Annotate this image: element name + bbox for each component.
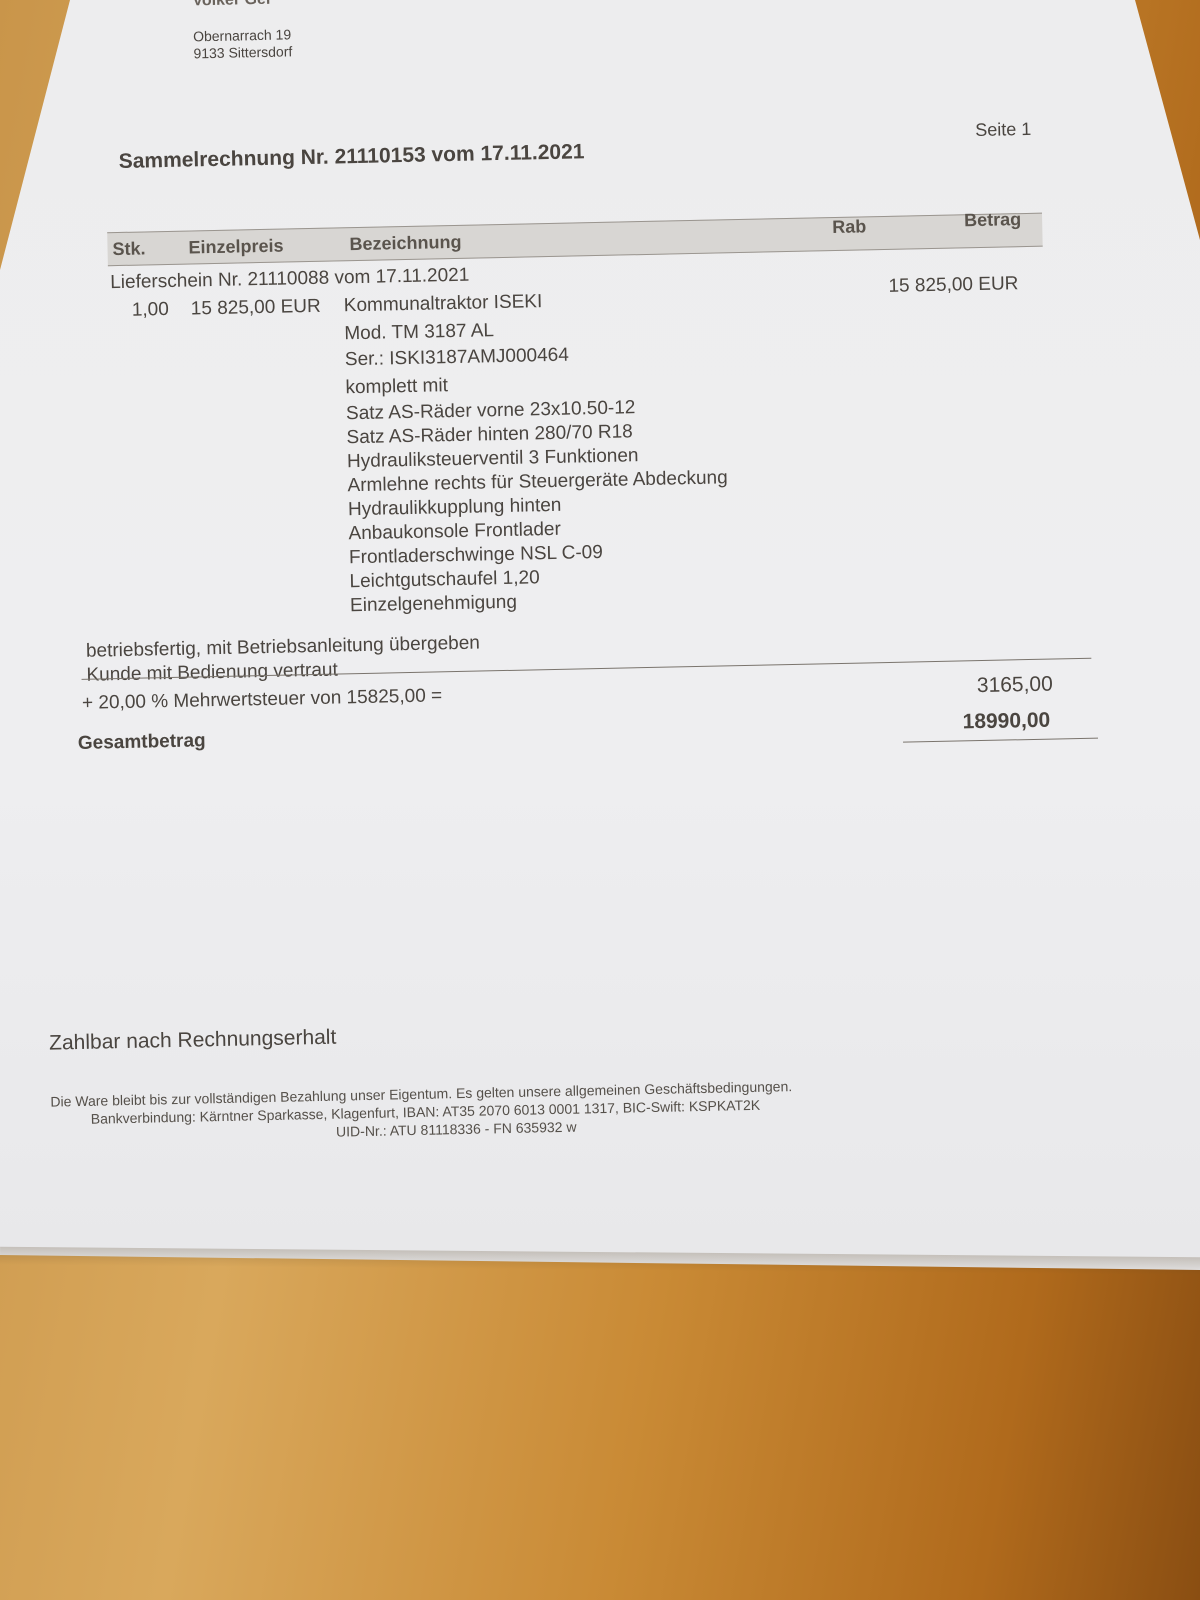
description-line: Frontladerschwinge NSL C-09 [349, 542, 603, 569]
delivery-note: Lieferschein Nr. 21110088 vom 17.11.2021 [110, 265, 470, 295]
description-line: Ser.: ISKI3187AMJ000464 [345, 345, 569, 372]
description-line: Kommunaltraktor ISEKI [344, 291, 543, 317]
description-line: Satz AS-Räder hinten 280/70 R18 [346, 421, 633, 449]
description-line: Hydraulikkupplung hinten [348, 495, 562, 521]
description-line: komplett mit [345, 375, 448, 399]
description-line: Mod. TM 3187 AL [344, 320, 494, 345]
invoice-paper: Volker Gei Obernarrach 19 9133 Sittersdo… [0, 0, 1200, 1270]
tax-label: + 20,00 % Mehrwertsteuer von 15825,00 = [82, 685, 443, 715]
description-line: Anbaukonsole Frontlader [348, 519, 561, 545]
note-line: Kunde mit Bedienung vertraut [86, 660, 338, 687]
description-line: Satz AS-Räder vorne 23x10.50-12 [346, 397, 636, 425]
item-description: Kommunaltraktor ISEKIMod. TM 3187 ALSer.… [0, 0, 1187, 13]
total-underline [903, 738, 1098, 743]
total-value: 18990,00 [962, 709, 1050, 735]
item-unit-price: 15 825,00 EUR [191, 296, 321, 321]
note-line: betriebsfertig, mit Betriebsanleitung üb… [86, 633, 480, 663]
payment-terms: Zahlbar nach Rechnungserhalt [49, 1026, 337, 1056]
header-discount: Rab [832, 216, 866, 238]
description-line: Hydrauliksteuerventil 3 Funktionen [347, 445, 639, 473]
header-qty: Stk. [112, 238, 145, 260]
item-amount: 15 825,00 EUR [888, 273, 1018, 298]
description-line: Einzelgenehmigung [350, 592, 517, 617]
header-unit-price: Einzelpreis [188, 236, 283, 259]
invoice-title: Sammelrechnung Nr. 21110153 vom 17.11.20… [118, 140, 584, 174]
page-number: Seite 1 [975, 119, 1031, 141]
item-qty: 1,00 [132, 299, 169, 322]
header-description: Bezeichnung [349, 232, 461, 255]
total-label: Gesamtbetrag [78, 730, 206, 755]
sender-city: 9133 Sittersdorf [193, 43, 292, 61]
sender-street: Obernarrach 19 [193, 26, 291, 44]
tax-value: 3165,00 [977, 673, 1053, 699]
sender-name: Volker Gei [192, 0, 270, 10]
footer-uid: UID-Nr.: ATU 81118336 - FN 635932 w [336, 1119, 577, 1140]
description-line: Leichtgutschaufel 1,20 [349, 567, 540, 593]
invoice-content: Volker Gei Obernarrach 19 9133 Sittersdo… [0, 0, 1200, 1282]
header-amount: Betrag [964, 209, 1021, 231]
